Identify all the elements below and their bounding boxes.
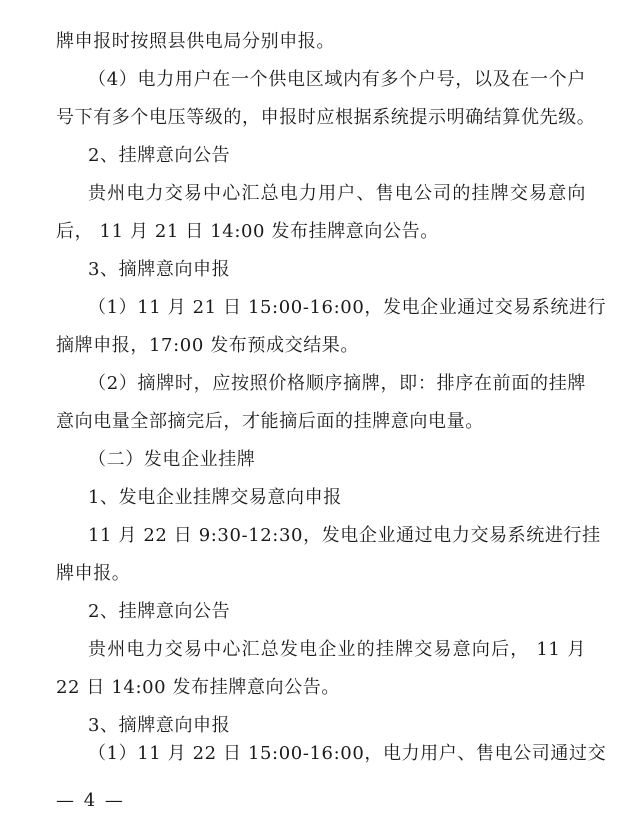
page-number: — 4 — — [56, 790, 125, 812]
section-heading: 2、挂牌意向公告 — [88, 601, 586, 623]
text-line: 号下有多个电压等级的，申报时应根据系统提示明确结算优先级。 — [56, 107, 586, 129]
text-line: 贵州电力交易中心汇总电力用户、售电公司的挂牌交易意向 — [88, 183, 586, 205]
text-line: 贵州电力交易中心汇总发电企业的挂牌交易意向后， 11 月 — [88, 639, 586, 661]
text-line: 摘牌申报，17:00 发布预成交结果。 — [56, 335, 586, 357]
text-line: 意向电量全部摘完后，才能摘后面的挂牌意向电量。 — [56, 411, 586, 433]
text-line: （1）11 月 21 日 15:00-16:00，发电企业通过交易系统进行 — [88, 297, 586, 319]
text-line: 11 月 22 日 9:30-12:30，发电企业通过电力交易系统进行挂 — [88, 525, 586, 547]
text-line: （2）摘牌时，应按照价格顺序摘牌，即：排序在前面的挂牌 — [88, 373, 586, 395]
section-heading: 2、挂牌意向公告 — [88, 145, 586, 167]
text-line: 牌申报时按照县供电局分别申报。 — [56, 31, 586, 53]
text-line: 22 日 14:00 发布挂牌意向公告。 — [56, 677, 586, 699]
section-heading: （二）发电企业挂牌 — [88, 449, 586, 471]
section-heading: 1、发电企业挂牌交易意向申报 — [88, 487, 586, 509]
section-heading: 3、摘牌意向申报 — [88, 259, 586, 281]
text-line: （1）11 月 22 日 15:00-16:00，电力用户、售电公司通过交 — [88, 743, 586, 765]
section-heading: 3、摘牌意向申报 — [88, 715, 586, 737]
text-line: 牌申报。 — [56, 563, 586, 585]
text-line: （4）电力用户在一个供电区域内有多个户号，以及在一个户 — [88, 69, 586, 91]
document-page: 牌申报时按照县供电局分别申报。 （4）电力用户在一个供电区域内有多个户号，以及在… — [0, 0, 640, 835]
text-line: 后， 11 月 21 日 14:00 发布挂牌意向公告。 — [56, 221, 586, 243]
